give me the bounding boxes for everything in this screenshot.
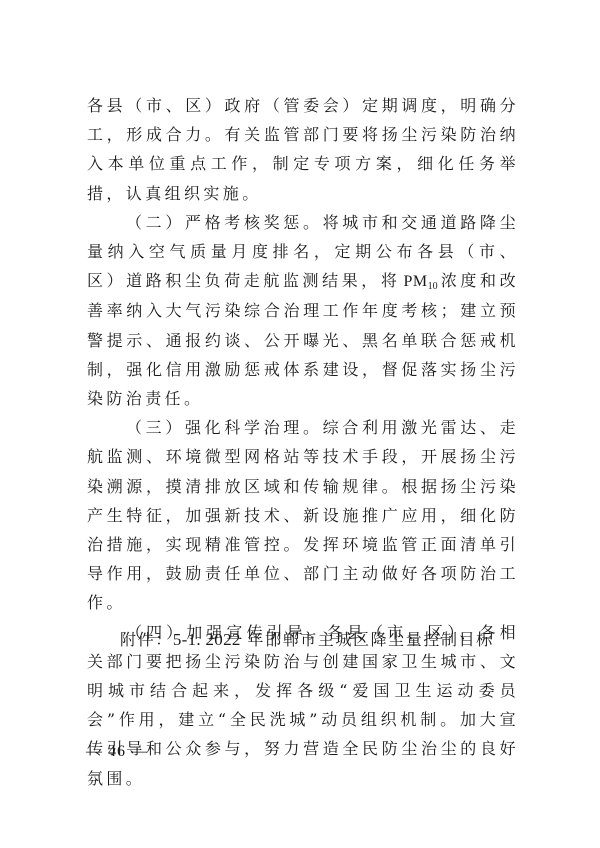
paragraph-text: 各县（市、区）政府（管委会）定期调度，明确分工，形成合力。有关监管部门要将扬尘污… — [87, 96, 519, 203]
section-heading-2: （二）严格考核奖惩。 — [126, 213, 323, 232]
paragraph-text-after: 浓度和改善率纳入大气污染综合治理工作年度考核；建立预警提示、通报约谈、公开曝光、… — [87, 271, 519, 408]
pm-text: PM — [404, 273, 428, 290]
page-number: — 46 — — [86, 743, 148, 761]
document-body: 各县（市、区）政府（管委会）定期调度，明确分工，形成合力。有关监管部门要将扬尘污… — [87, 91, 519, 793]
attachment-title: 年邯郸市主城区降尘量控制目标 — [247, 630, 493, 649]
section-heading-3: （三）强化科学治理。 — [126, 418, 323, 437]
paragraph-assessment: （二）严格考核奖惩。将城市和交通道路降尘量纳入空气质量月度排名，定期公布各县（市… — [87, 208, 519, 413]
attachment-number: 5-1. 2022 — [173, 630, 241, 649]
pm-subscript: 10 — [428, 281, 438, 292]
paragraph-text: 综合利用激光雷达、走航监测、环境微型网格站等技术手段，开展扬尘污染溯源，摸清排放… — [87, 418, 519, 612]
paragraph-continuation: 各县（市、区）政府（管委会）定期调度，明确分工，形成合力。有关监管部门要将扬尘污… — [87, 91, 519, 208]
pm10-label: PM10 — [404, 273, 438, 290]
attachment-line: 附件：5-1. 2022 年邯郸市主城区降尘量控制目标 — [120, 627, 494, 650]
attachment-label: 附件： — [120, 630, 173, 649]
paragraph-science: （三）强化科学治理。综合利用激光雷达、走航监测、环境微型网格站等技术手段，开展扬… — [87, 413, 519, 617]
